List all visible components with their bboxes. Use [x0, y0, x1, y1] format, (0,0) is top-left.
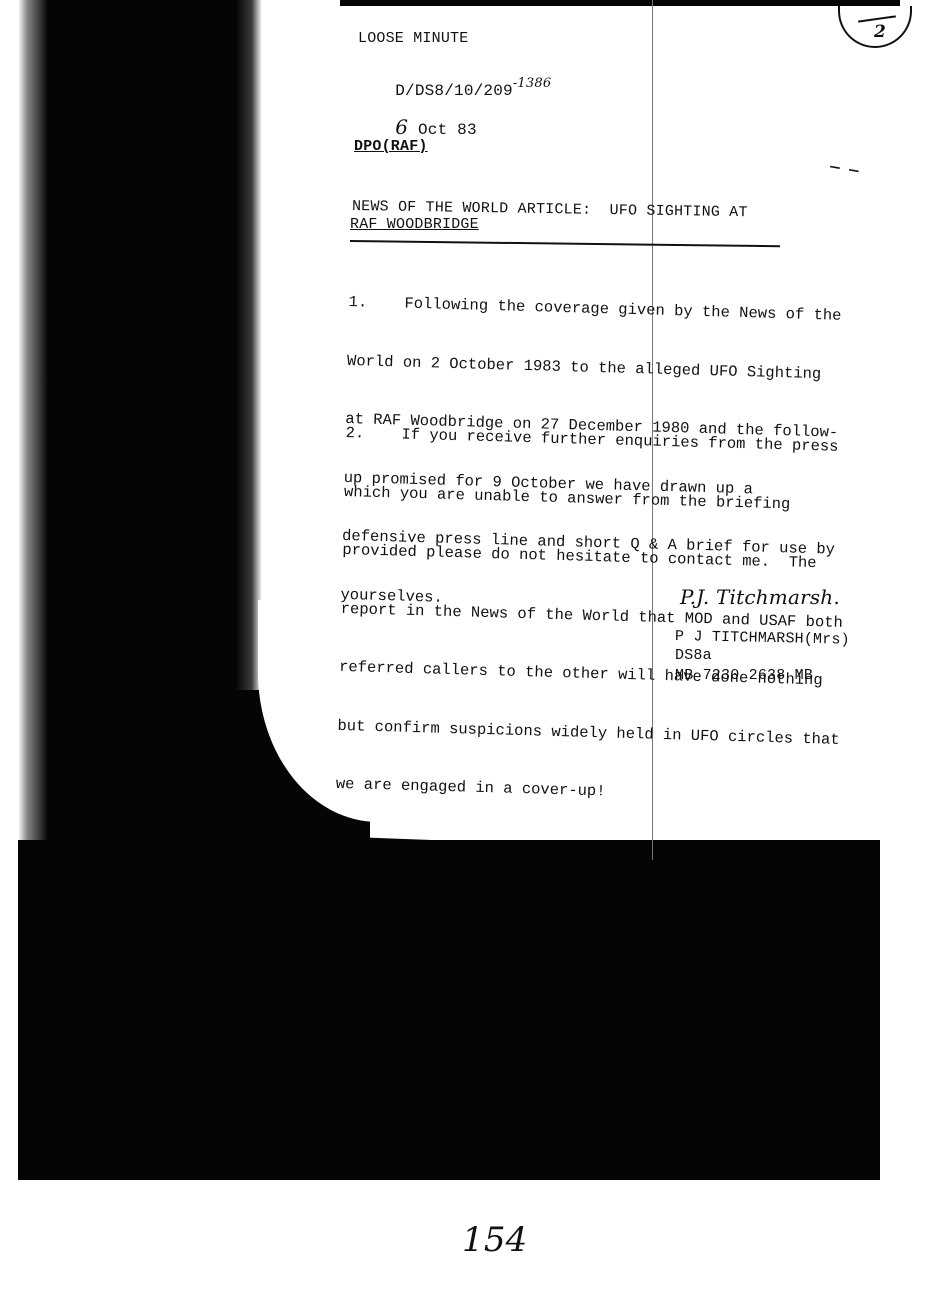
subject-line-2: RAF WOODBRIDGE [350, 216, 479, 234]
date-day: 6 [395, 115, 408, 139]
signatory-branch: DS8a [675, 647, 712, 665]
handwritten-signature: P.J. Titchmarsh. [680, 588, 840, 606]
scan-shadow-bottom [18, 840, 880, 1180]
document-type: LOOSE MINUTE [358, 30, 468, 48]
paragraph-2-line: but confirm suspicions widely held in UF… [337, 716, 840, 750]
paragraph-2-line: which you are unable to answer from the … [344, 482, 847, 516]
paragraph-2-line: 2. If you receive further enquiries from… [345, 424, 848, 458]
margin-dashes: — — [829, 158, 861, 181]
subject-rule [350, 240, 780, 247]
page-number: 154 [462, 1222, 528, 1258]
paragraph-2: 2. If you receive further enquiries from… [334, 385, 849, 847]
paragraph-2-line: we are engaged in a cover-up! [336, 775, 839, 809]
paragraph-1-line: 1. Following the coverage given by the N… [348, 293, 841, 326]
date-month-year: Oct 83 [418, 121, 477, 139]
scan-shadow-top [340, 0, 900, 6]
paragraph-1-line: World on 2 October 1983 to the alleged U… [347, 351, 840, 384]
paragraph-2-line: provided please do not hesitate to conta… [342, 541, 845, 575]
addressee: DPO(RAF) [354, 138, 428, 156]
signatory-phone: MB 7230 2638 MB [675, 667, 813, 685]
reference-suffix: -1386 [513, 76, 551, 91]
folio-number: 2 [874, 22, 886, 42]
reference-code: D/DS8/10/209 [395, 82, 513, 100]
